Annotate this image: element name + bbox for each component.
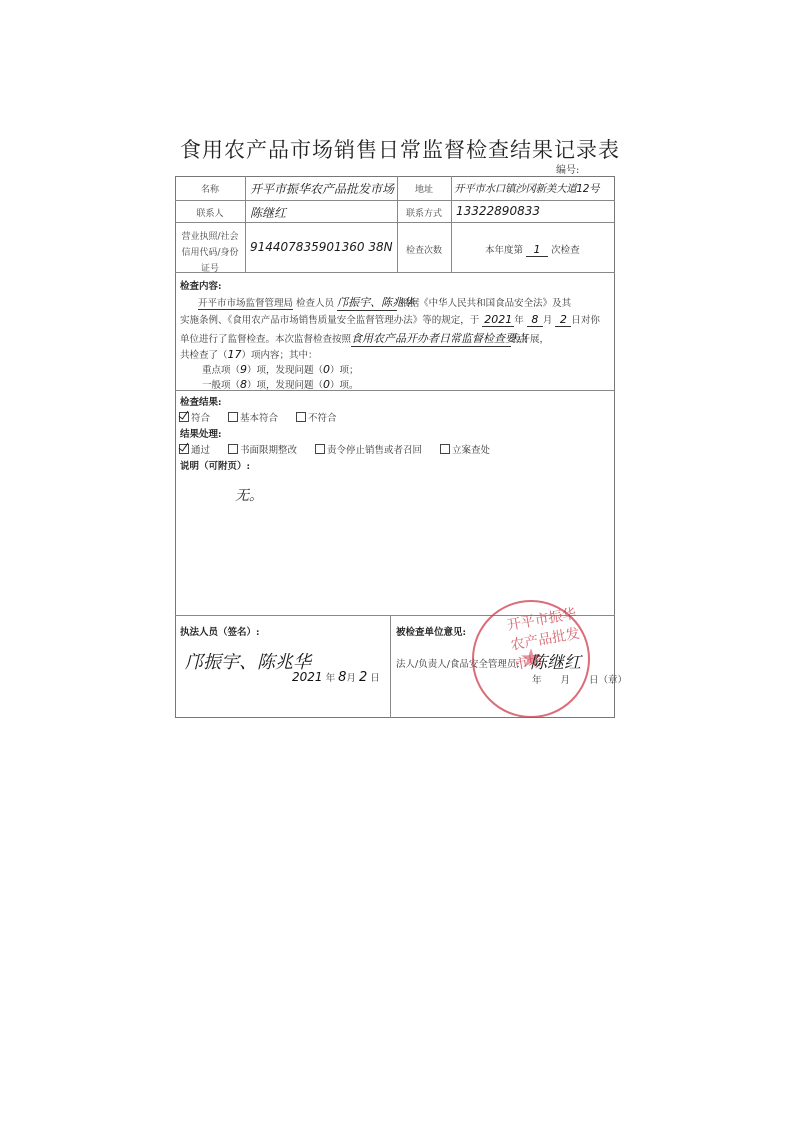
checkbox-label: 通过 — [191, 445, 210, 456]
key-mid: ）项，发现问题（ — [247, 365, 323, 376]
results-heading: 检查结果: — [180, 394, 222, 408]
key-prefix: 重点项（ — [202, 365, 240, 376]
document-title: 食用农产品市场销售日常监督检查结果记录表 — [0, 134, 800, 164]
handling-options: 通过书面限期整改责令停止销售或者召回立案查处 — [179, 442, 508, 456]
checkbox-option[interactable]: 书面限期整改 — [228, 445, 297, 456]
content-heading: 检查内容: — [180, 278, 222, 292]
officer-label: 执法人员（签名）: — [180, 624, 260, 638]
checkbox-label: 基本符合 — [240, 413, 278, 424]
general-items: 8 — [240, 378, 247, 391]
responsible-signature: 陈继红 — [530, 648, 581, 673]
inspection-day: 2 — [555, 313, 571, 327]
key-items-line: 重点项（9）项，发现问题（0）项； — [202, 362, 359, 376]
contact-label: 联系人 — [175, 206, 245, 219]
license-label: 营业执照/社会信用代码/身份证号 — [178, 229, 242, 277]
checkbox-option[interactable]: 通过 — [179, 445, 210, 456]
row-divider — [175, 200, 615, 201]
inspectors-value: 邝振宇、陈兆华 — [337, 294, 397, 311]
officer-date: 2021 年 8月 2 日 — [292, 670, 380, 685]
inspectors-label: 检查人员 — [296, 298, 334, 309]
col-divider — [245, 176, 246, 272]
key-suffix: ）项； — [330, 365, 359, 376]
col-divider — [451, 176, 452, 272]
empty-box-icon[interactable] — [228, 412, 238, 422]
day-label: 日对你 — [571, 315, 600, 326]
total-prefix: 共检查了（ — [180, 350, 228, 361]
handling-heading: 结果处理: — [180, 426, 222, 440]
total-items-line: 共检查了（17）项内容；其中： — [180, 347, 318, 361]
checkbox-label: 书面限期整改 — [240, 445, 297, 456]
general-problems: 0 — [323, 378, 330, 391]
officer-day-label: 日 — [370, 673, 380, 684]
phone-value: 13322890833 — [456, 204, 540, 218]
checkbox-option[interactable]: 不符合 — [296, 413, 337, 424]
checkbox-option[interactable]: 责令停止销售或者召回 — [315, 445, 422, 456]
key-problems: 0 — [323, 363, 330, 376]
checkbox-label: 立案查处 — [452, 445, 490, 456]
name-label: 名称 — [175, 182, 245, 195]
year-label: 年 — [514, 315, 524, 326]
inspection-count: 本年度第 1 次检查 — [485, 242, 580, 257]
law-text-2: 实施条例、《食用农产品市场销售质量安全监督管理办法》等的规定，于 — [180, 315, 479, 326]
inspection-month: 8 — [527, 313, 543, 327]
checkbox-option[interactable]: 符合 — [179, 413, 210, 424]
address-label: 地址 — [397, 182, 451, 195]
line3-suffix: 表开展， — [511, 334, 549, 345]
officer-day: 2 — [359, 670, 367, 685]
name-value: 开平市振华农产品批发市场 — [250, 180, 394, 197]
general-prefix: 一般项（ — [202, 380, 240, 391]
total-suffix: ）项内容；其中： — [242, 350, 318, 361]
empty-box-icon[interactable] — [228, 444, 238, 454]
checkbox-label: 不符合 — [308, 413, 337, 424]
contact-value: 陈继红 — [250, 204, 286, 221]
month-label: 月 — [543, 315, 553, 326]
phone-label: 联系方式 — [397, 206, 451, 219]
agency-name: 开平市市场监督管理局 — [198, 295, 293, 310]
license-value: 914407835901360 38N — [250, 240, 393, 254]
inspection-count-value: 1 — [526, 243, 548, 257]
inspected-unit-label: 被检查单位意见: — [396, 624, 466, 638]
content-line-3: 单位进行了监督检查。本次监督检查按照食用农产品开办者日常监督检查要点表开展， — [180, 330, 549, 347]
checkbox-label: 符合 — [191, 413, 210, 424]
result-options: 符合基本符合不符合 — [179, 410, 355, 424]
serial-number-label: 编号: — [556, 161, 579, 176]
checkbox-label: 责令停止销售或者召回 — [327, 445, 422, 456]
checked-box-icon[interactable] — [179, 412, 189, 422]
inspection-count-suffix: 次检查 — [551, 245, 580, 256]
col-divider — [390, 615, 391, 718]
key-items: 9 — [240, 363, 247, 376]
general-suffix: ）项。 — [330, 380, 359, 391]
inspection-count-label: 检查次数 — [397, 243, 451, 256]
empty-box-icon[interactable] — [296, 412, 306, 422]
checkbox-option[interactable]: 立案查处 — [440, 445, 490, 456]
empty-box-icon[interactable] — [440, 444, 450, 454]
general-mid: ）项，发现问题（ — [247, 380, 323, 391]
notes-label: 说明（可附页）: — [180, 458, 250, 472]
checkbox-option[interactable]: 基本符合 — [228, 413, 278, 424]
row-divider — [175, 222, 615, 223]
inspection-year: 2021 — [482, 313, 514, 327]
total-items: 17 — [228, 348, 242, 361]
address-value: 开平市水口镇沙冈新美大道12号 — [454, 181, 599, 196]
officer-year-label: 年 — [326, 673, 336, 684]
law-text-1: 根据《中华人民共和国食品安全法》及其 — [400, 298, 571, 309]
content-line-1: 开平市市场监督管理局 检查人员 邝振宇、陈兆华 根据《中华人民共和国食品安全法》… — [180, 294, 571, 311]
empty-box-icon[interactable] — [315, 444, 325, 454]
checked-box-icon[interactable] — [179, 444, 189, 454]
officer-month-label: 月 — [346, 673, 356, 684]
officer-year: 2021 — [292, 670, 323, 684]
content-line-2: 实施条例、《食用农产品市场销售质量安全监督管理办法》等的规定，于 2021年 8… — [180, 312, 600, 327]
line3-prefix: 单位进行了监督检查。本次监督检查按照 — [180, 334, 351, 345]
inspection-count-prefix: 本年度第 — [485, 245, 523, 256]
general-items-line: 一般项（8）项，发现问题（0）项。 — [202, 377, 359, 391]
notes-value: 无。 — [235, 485, 263, 505]
checklist-value: 食用农产品开办者日常监督检查要点 — [351, 330, 511, 347]
